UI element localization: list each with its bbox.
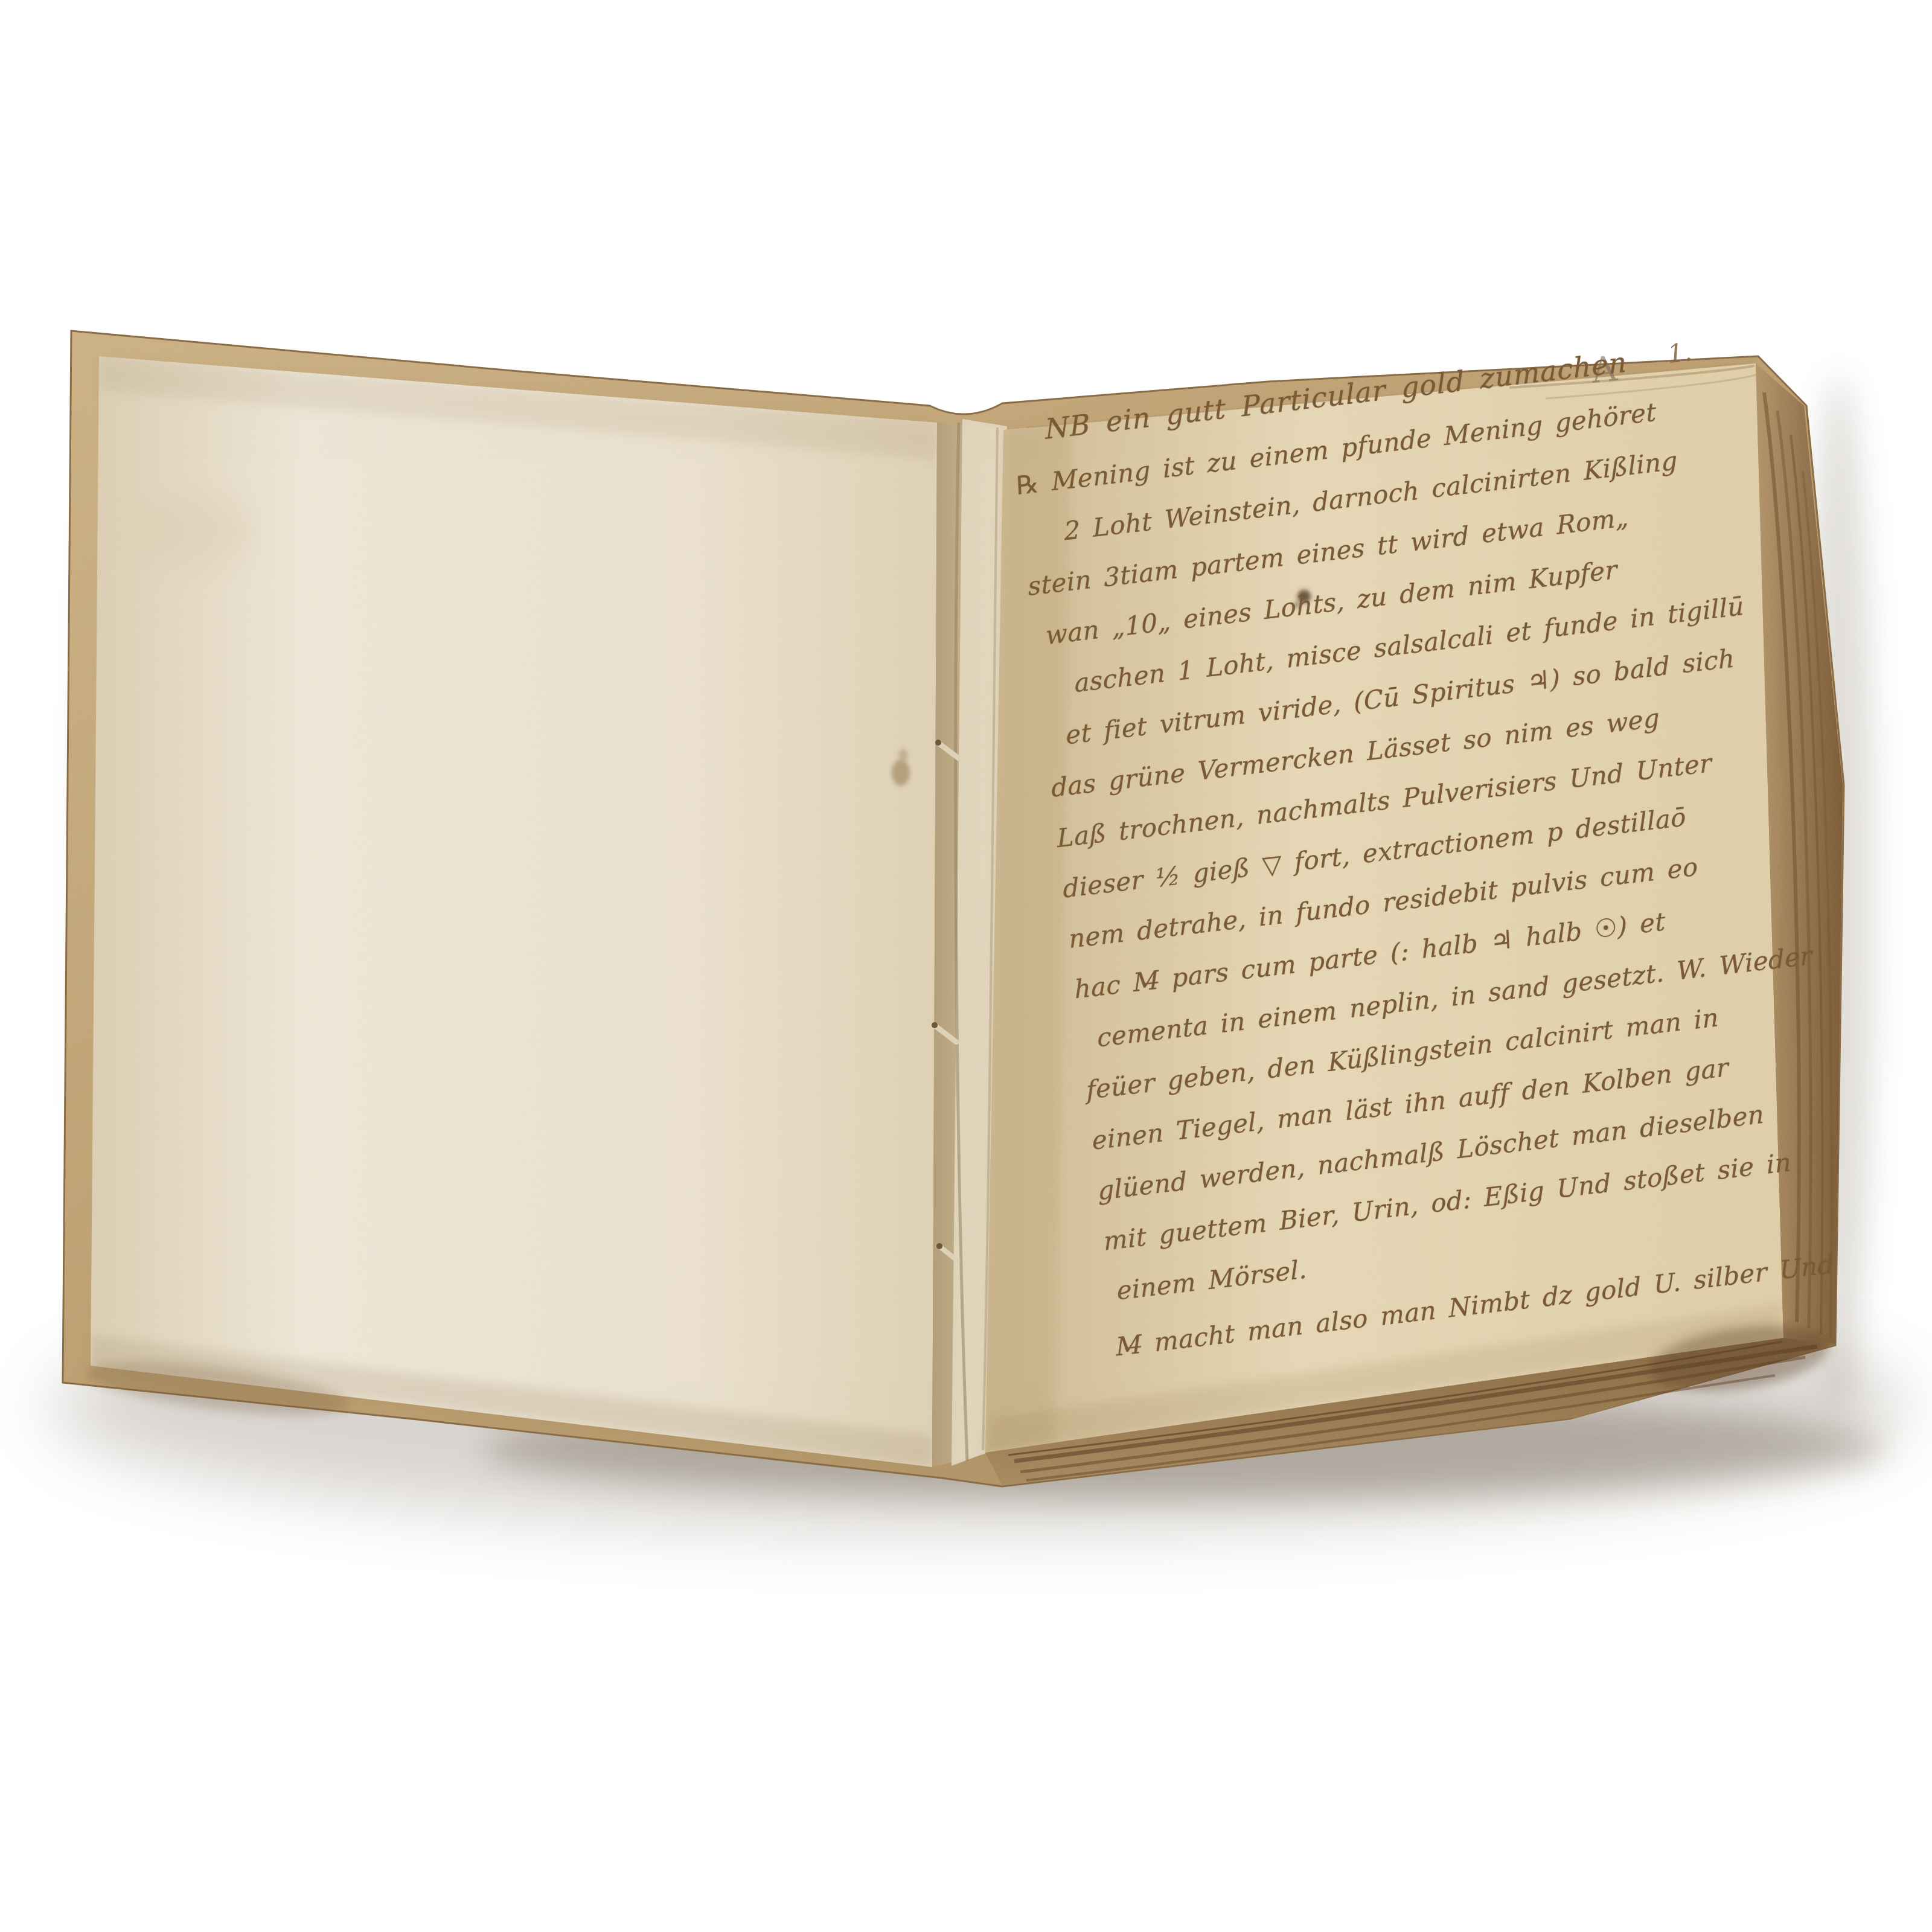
manuscript-text-block: NB ein gutt Particular gold zumachen ℞ M…: [1007, 316, 1893, 1373]
photo-of-open-manuscript: A 1. NB ein gutt Particular gold zumache…: [0, 0, 1932, 1932]
recipe-lines: ℞ Mening ist zu einem pfunde Mening gehö…: [1014, 371, 1893, 1372]
